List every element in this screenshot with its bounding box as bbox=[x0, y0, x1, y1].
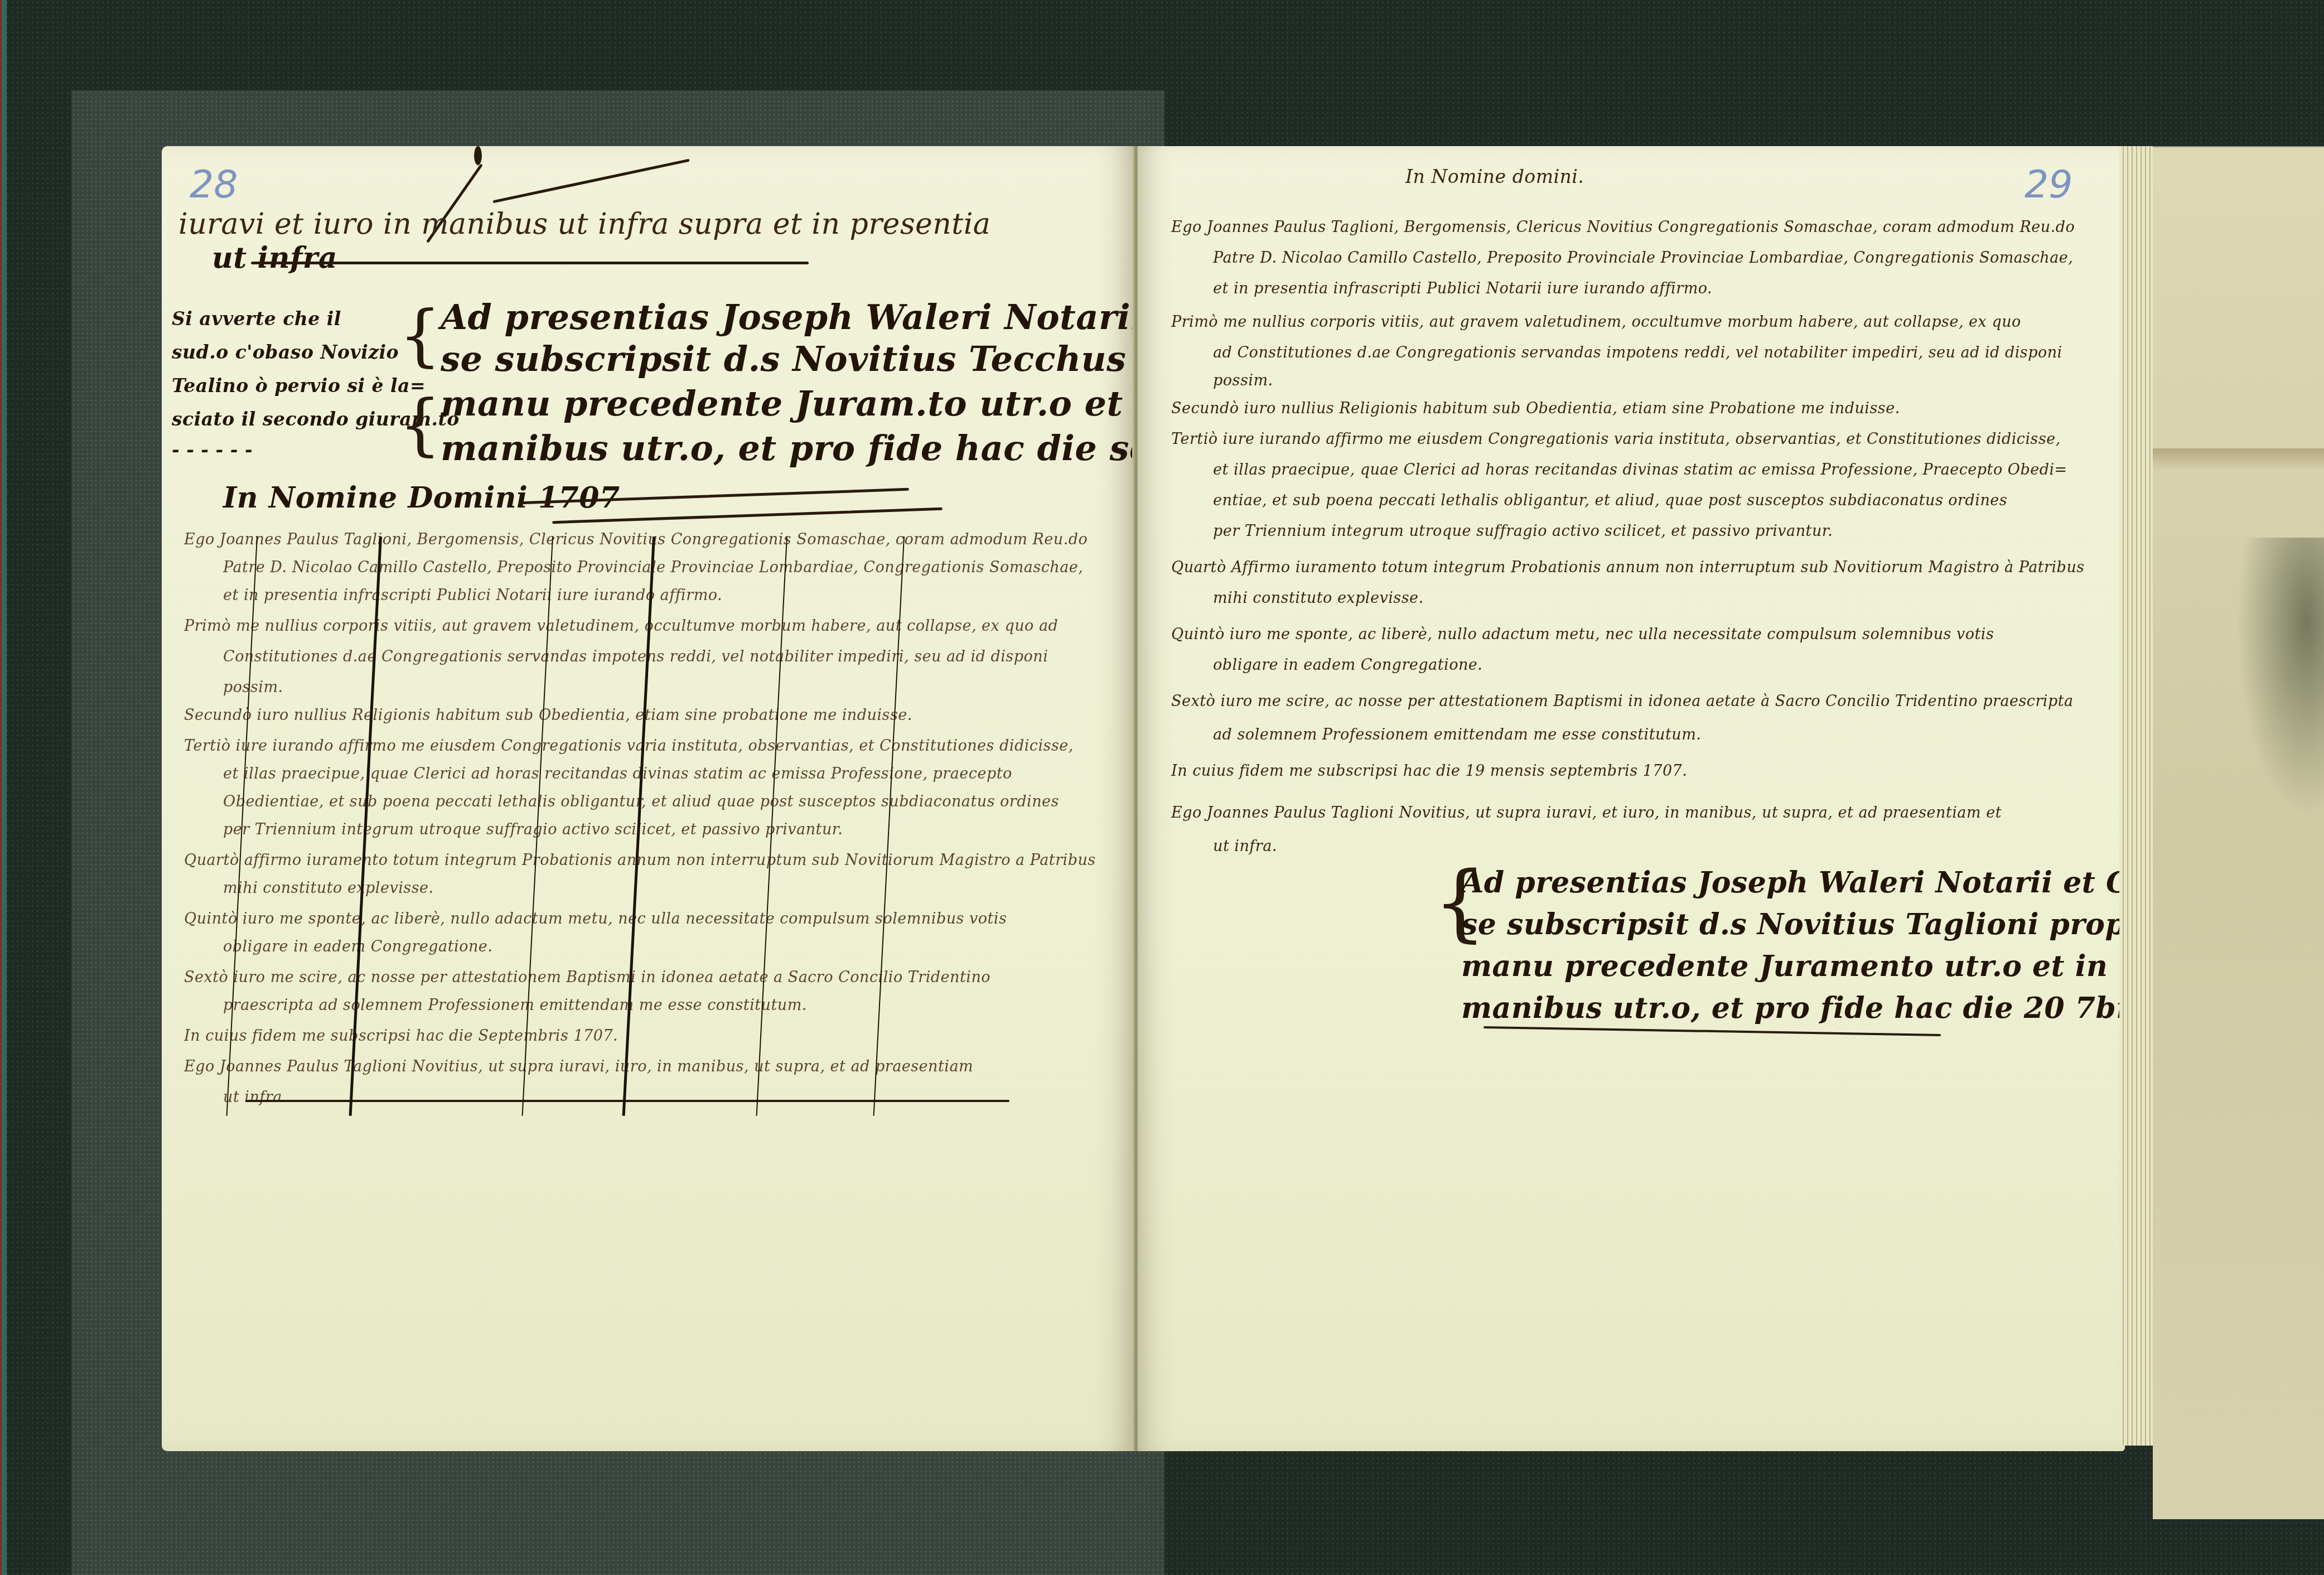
margin-note-line: Tealino ò pervio si è la= bbox=[172, 375, 426, 397]
oath-line: possim. bbox=[1213, 372, 1273, 389]
brace-mark: { bbox=[399, 297, 441, 374]
margin-note-line: - - - - - - bbox=[172, 439, 253, 461]
attestation-line: manu precedente Juramento utr.o et in bbox=[1461, 949, 2108, 983]
attestation-line: se subscripsit d.s Novitius Taglioni pro… bbox=[1461, 907, 2125, 941]
brace-mark: { bbox=[399, 386, 441, 463]
margin-note-line: Si avverte che il bbox=[172, 308, 341, 330]
oath-line: Quartò affirmo iuramento totum integrum … bbox=[184, 852, 1096, 869]
tab-shadow bbox=[2236, 538, 2324, 817]
folio-number-right: 29 bbox=[2025, 163, 2073, 207]
right-heading: In Nomine domini. bbox=[1405, 166, 1584, 187]
oath-line: Primò me nullius corporis vitiis, aut gr… bbox=[184, 617, 1058, 635]
oath-line: ad solemnem Professionem emittendam me e… bbox=[1213, 726, 1701, 743]
left-top-line: iuravi et iuro in manibus ut infra supra… bbox=[178, 207, 991, 241]
separator-rule bbox=[251, 262, 809, 264]
oath-line: Secundò iuro nullius Religionis habitum … bbox=[1171, 400, 1900, 417]
cancellation-stroke bbox=[492, 159, 689, 204]
oath-line: et illas praecipue, quae Clerici ad hora… bbox=[223, 765, 1012, 782]
signature-flourish bbox=[1484, 1026, 1941, 1036]
struck-attestation-line: Ad presentias Joseph Waleri Notarii et C… bbox=[441, 297, 1132, 337]
mount-edge-strip bbox=[0, 0, 7, 1575]
oath-line: mihi constituto explevisse. bbox=[223, 880, 434, 897]
oath-line: Constitutiones d.ae Congregationis serva… bbox=[223, 648, 1048, 665]
oath-line: Tertiò iure iurando affirmo me eiusdem C… bbox=[184, 737, 1074, 755]
oath-line: Ego Joannes Paulus Taglioni, Bergomensis… bbox=[1171, 219, 2075, 236]
oath-line: obligare in eadem Congregatione. bbox=[1213, 656, 1482, 674]
folded-vellum-tab bbox=[2153, 146, 2324, 1519]
oath-line: et in presentia infrascripti Publici Not… bbox=[1213, 280, 1712, 297]
oath-line: Sextò iuro me scire, ac nosse per attest… bbox=[184, 969, 991, 986]
oath-line: Sextò iuro me scire, ac nosse per attest… bbox=[1171, 693, 2074, 710]
struck-attestation-line: manu precedente Juram.to utr.o et in bbox=[441, 383, 1132, 424]
tab-fold bbox=[2153, 448, 2324, 471]
oath-line: In cuius fidem me subscripsi hac die 19 … bbox=[1171, 762, 1687, 780]
struck-attestation-line: manibus utr.o, et pro fide hac die septe… bbox=[441, 428, 1132, 468]
oath-line: Patre D. Nicolao Camillo Castello, Prepo… bbox=[1213, 249, 2073, 267]
oath-line: praescripta ad solemnem Professionem emi… bbox=[223, 997, 807, 1014]
oath-line: ut infra. bbox=[1213, 838, 1277, 855]
left-heading: In Nomine Domini 1707 bbox=[223, 481, 620, 515]
oath-line: Ego Joannes Paulus Taglioni Novitius, ut… bbox=[184, 1058, 973, 1075]
oath-line: Secundò iuro nullius Religionis habitum … bbox=[184, 707, 912, 724]
ink-blot bbox=[474, 146, 482, 165]
closing-rule bbox=[245, 1100, 1009, 1102]
folio-number-left: 28 bbox=[190, 163, 238, 207]
oath-line: Tertiò iure iurando affirmo me eiusdem C… bbox=[1171, 431, 2061, 448]
left-page: 28 iuravi et iuro in manibus ut infra su… bbox=[162, 146, 1132, 1451]
oath-line: Primò me nullius corporis vitiis, aut gr… bbox=[1171, 313, 2021, 331]
oath-line: Quintò iuro me sponte, ac liberè, nullo … bbox=[1171, 626, 1994, 643]
oath-line: mihi constituto explevisse. bbox=[1213, 590, 1424, 607]
oath-line: Ego Joannes Paulus Taglioni Novitius, ut… bbox=[1171, 804, 2002, 822]
right-page: 29 In Nomine domini. Ego Joannes Paulus … bbox=[1138, 146, 2125, 1451]
oath-line: In cuius fidem me subscripsi hac die Sep… bbox=[184, 1027, 618, 1045]
attestation-line: manibus utr.o, et pro fide hac die 20 7b… bbox=[1461, 991, 2125, 1025]
oath-line: et in presentia infrascripti Publici Not… bbox=[223, 587, 722, 604]
attestation-line: Ad presentias Joseph Waleri Notarii et C… bbox=[1461, 866, 2125, 900]
margin-note-line: sud.o c'obaso Novizio bbox=[172, 341, 399, 363]
oath-line: Ego Joannes Paulus Taglioni, Bergomensis… bbox=[184, 531, 1088, 548]
oath-line: ut infra. bbox=[223, 1089, 287, 1106]
oath-line: per Triennium integrum utroque suffragio… bbox=[223, 821, 843, 838]
oath-line: Quartò Affirmo iuramento totum integrum … bbox=[1171, 559, 2085, 576]
left-top-line-2: ut infra bbox=[212, 241, 337, 275]
oath-line: entiae, et sub poena peccati lethalis ob… bbox=[1213, 492, 2007, 509]
oath-line: possim. bbox=[223, 679, 283, 696]
oath-line: et illas praecipue, quae Clerici ad hora… bbox=[1213, 461, 2067, 479]
oath-line: per Triennium integrum utroque suffragio… bbox=[1213, 523, 1833, 540]
struck-attestation-line: se subscripsit d.s Novitius Tecchus prop… bbox=[441, 339, 1132, 379]
oath-line: ad Constitutiones d.ae Congregationis se… bbox=[1213, 344, 2062, 361]
